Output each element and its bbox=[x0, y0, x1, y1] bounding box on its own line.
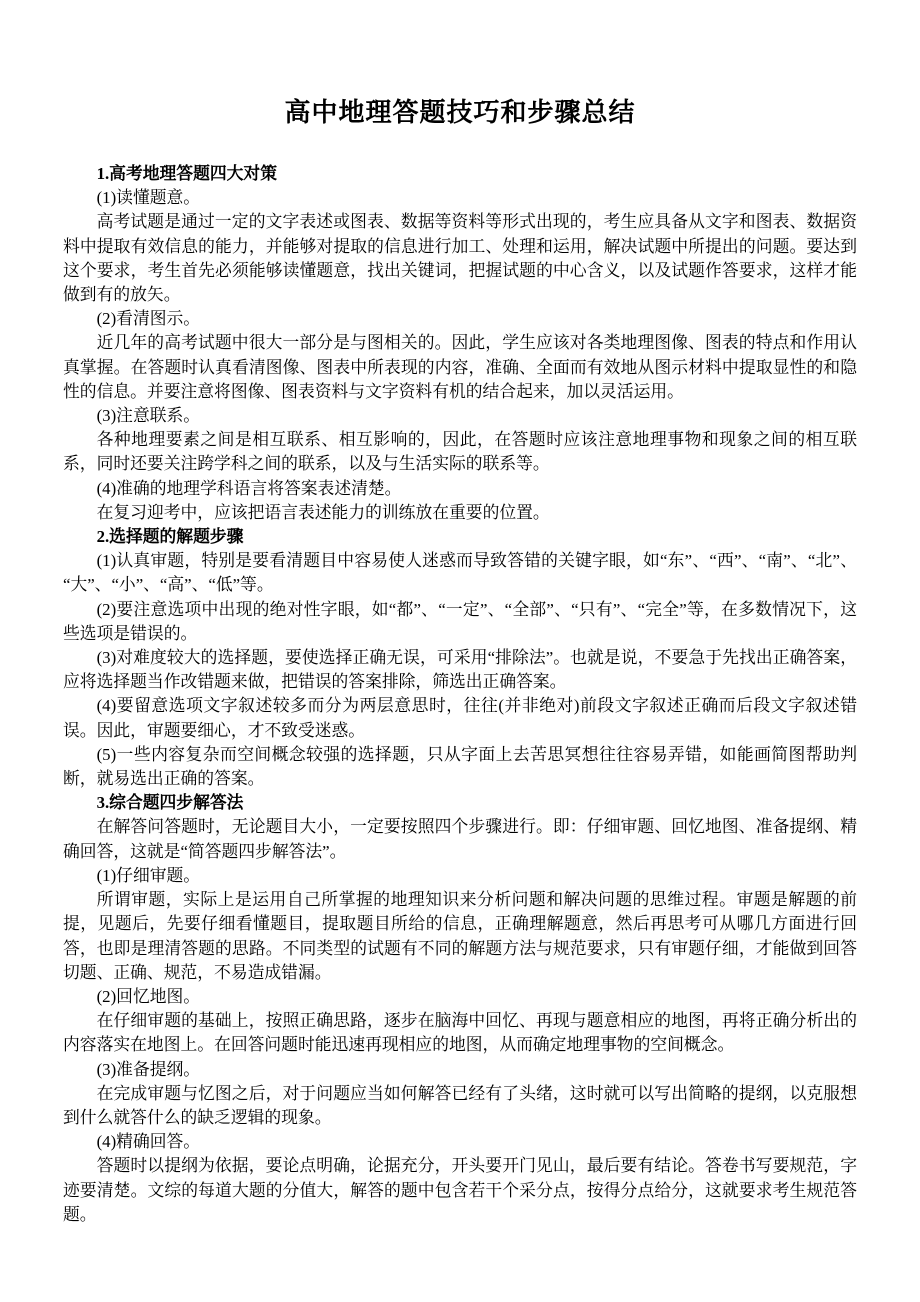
section-heading: 2.选择题的解题步骤 bbox=[63, 525, 857, 549]
paragraph: 在完成审题与忆图之后，对于问题应当如何解答已经有了头绪，这时就可以写出简略的提纲… bbox=[63, 1082, 857, 1130]
paragraph: 在解答问答题时，无论题目大小，一定要按照四个步骤进行。即：仔细审题、回忆地图、准… bbox=[63, 815, 857, 863]
paragraph: (2)回忆地图。 bbox=[63, 985, 857, 1009]
paragraph: (1)读懂题意。 bbox=[63, 186, 857, 210]
paragraph: (1)仔细审题。 bbox=[63, 864, 857, 888]
paragraph: (4)准确的地理学科语言将答案表述清楚。 bbox=[63, 477, 857, 501]
paragraph: (3)准备提纲。 bbox=[63, 1058, 857, 1082]
paragraph: 在仔细审题的基础上，按照正确思路，逐步在脑海中回忆、再现与题意相应的地图，再将正… bbox=[63, 1009, 857, 1057]
paragraph: (4)要留意选项文字叙述较多而分为两层意思时，往往(并非绝对)前段文字叙述正确而… bbox=[63, 694, 857, 742]
paragraph: 所谓审题，实际上是运用自己所掌握的地理知识来分析问题和解决问题的思维过程。审题是… bbox=[63, 888, 857, 985]
document-page: 高中地理答题技巧和步骤总结 1.高考地理答题四大对策(1)读懂题意。高考试题是通… bbox=[0, 0, 920, 1302]
page-title: 高中地理答题技巧和步骤总结 bbox=[0, 0, 920, 131]
paragraph: 在复习迎考中，应该把语言表述能力的训练放在重要的位置。 bbox=[63, 501, 857, 525]
paragraph: (3)注意联系。 bbox=[63, 404, 857, 428]
paragraph: (3)对难度较大的选择题，要使选择正确无误，可采用“排除法”。也就是说，不要急于… bbox=[63, 646, 857, 694]
paragraph: 各种地理要素之间是相互联系、相互影响的，因此，在答题时应该注意地理事物和现象之间… bbox=[63, 428, 857, 476]
paragraph: (5)一些内容复杂而空间概念较强的选择题，只从字面上去苦思冥想往往容易弄错，如能… bbox=[63, 743, 857, 791]
paragraph: (2)看清图示。 bbox=[63, 307, 857, 331]
paragraph: 高考试题是通过一定的文字表述或图表、数据等资料等形式出现的，考生应具备从文字和图… bbox=[63, 210, 857, 307]
paragraph: 近几年的高考试题中很大一部分是与图相关的。因此，学生应该对各类地理图像、图表的特… bbox=[63, 331, 857, 404]
document-body: 1.高考地理答题四大对策(1)读懂题意。高考试题是通过一定的文字表述或图表、数据… bbox=[63, 162, 857, 1227]
section-heading: 1.高考地理答题四大对策 bbox=[63, 162, 857, 186]
section-heading: 3.综合题四步解答法 bbox=[63, 791, 857, 815]
paragraph: 答题时以提纲为依据，要论点明确，论据充分，开头要开门见山，最后要有结论。答卷书写… bbox=[63, 1154, 857, 1227]
paragraph: (4)精确回答。 bbox=[63, 1130, 857, 1154]
paragraph: (1)认真审题，特别是要看清题目中容易使人迷惑而导致答错的关键字眼，如“东”、“… bbox=[63, 549, 857, 597]
paragraph: (2)要注意选项中出现的绝对性字眼，如“都”、“一定”、“全部”、“只有”、“完… bbox=[63, 598, 857, 646]
